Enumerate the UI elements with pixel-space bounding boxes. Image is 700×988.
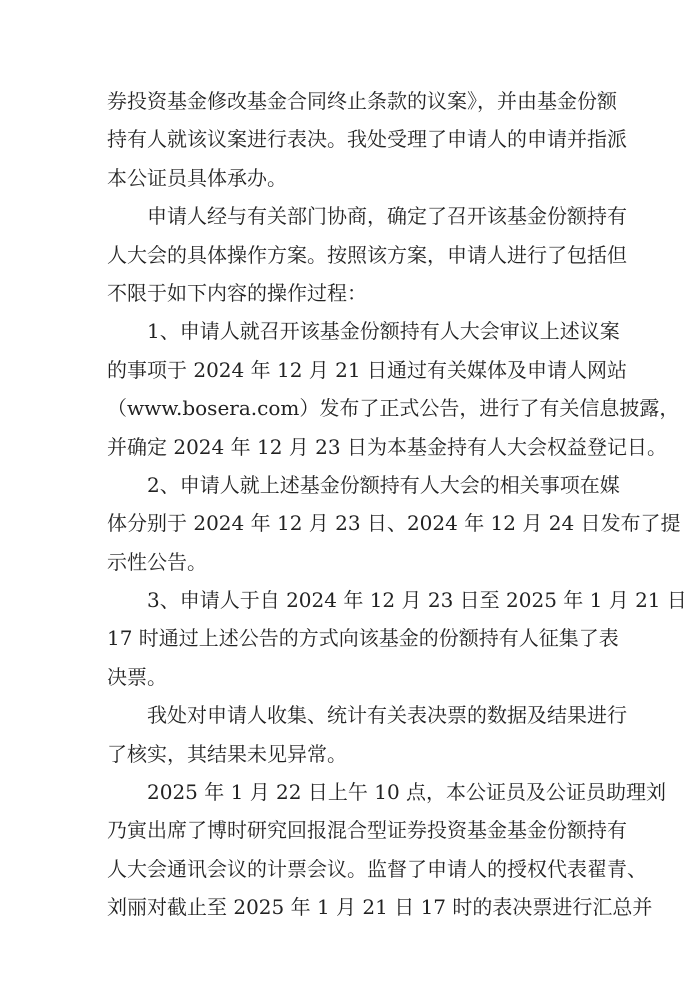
text-line: 2025 年 1 月 22 日上午 10 点，本公证员及公证员助理刘 — [107, 773, 595, 811]
text-line: 并确定 2024 年 12 月 23 日为本基金持有人大会权益登记日。 — [107, 428, 595, 466]
text-line: 人大会通讯会议的计票会议。监督了申请人的授权代表翟青、 — [107, 850, 595, 888]
paragraph-operation-plan: 申请人经与有关部门协商，确定了召开该基金份额持有 人大会的具体操作方案。按照该方… — [107, 197, 595, 312]
paragraph-proposal-acceptance: 券投资基金修改基金合同终止条款的议案》，并由基金份额 持有人就该议案进行表决。我… — [107, 82, 595, 197]
text-line: 决票。 — [107, 658, 595, 696]
text-line: 本公证员具体承办。 — [107, 159, 595, 197]
text-line: 我处对申请人收集、统计有关表决票的数据及结果进行 — [107, 696, 595, 734]
text-line: 持有人就该议案进行表决。我处受理了申请人的申请并指派 — [107, 120, 595, 158]
text-line: （www.bosera.com）发布了正式公告，进行了有关信息披露， — [107, 389, 595, 427]
paragraph-item-1-announcement: 1、申请人就召开该基金份额持有人大会审议上述议案 的事项于 2024 年 12 … — [107, 312, 595, 466]
paragraph-verification: 我处对申请人收集、统计有关表决票的数据及结果进行 了核实，其结果未见异常。 — [107, 696, 595, 773]
text-line: 乃寅出席了博时研究回报混合型证券投资基金基金份额持有 — [107, 811, 595, 849]
text-line: 17 时通过上述公告的方式向该基金的份额持有人征集了表 — [107, 619, 595, 657]
paragraph-item-3-ballot-collection: 3、申请人于自 2024 年 12 月 23 日至 2025 年 1 月 21 … — [107, 581, 595, 696]
text-line: 人大会的具体操作方案。按照该方案，申请人进行了包括但 — [107, 236, 595, 274]
paragraph-item-2-reminder: 2、申请人就上述基金份额持有人大会的相关事项在媒 体分别于 2024 年 12 … — [107, 466, 595, 581]
paragraph-vote-counting-meeting: 2025 年 1 月 22 日上午 10 点，本公证员及公证员助理刘 乃寅出席了… — [107, 773, 595, 927]
text-line: 示性公告。 — [107, 543, 595, 581]
text-line: 券投资基金修改基金合同终止条款的议案》，并由基金份额 — [107, 82, 595, 120]
text-line: 2、申请人就上述基金份额持有人大会的相关事项在媒 — [107, 466, 595, 504]
text-line: 体分别于 2024 年 12 月 23 日、2024 年 12 月 24 日发布… — [107, 504, 595, 542]
text-line: 的事项于 2024 年 12 月 21 日通过有关媒体及申请人网站 — [107, 351, 595, 389]
text-line: 了核实，其结果未见异常。 — [107, 735, 595, 773]
text-line: 申请人经与有关部门协商，确定了召开该基金份额持有 — [107, 197, 595, 235]
text-line: 刘丽对截止至 2025 年 1 月 21 日 17 时的表决票进行汇总并 — [107, 888, 595, 926]
text-line: 1、申请人就召开该基金份额持有人大会审议上述议案 — [107, 312, 595, 350]
document-page: 券投资基金修改基金合同终止条款的议案》，并由基金份额 持有人就该议案进行表决。我… — [107, 82, 595, 927]
text-line: 3、申请人于自 2024 年 12 月 23 日至 2025 年 1 月 21 … — [107, 581, 595, 619]
text-line: 不限于如下内容的操作过程： — [107, 274, 595, 312]
